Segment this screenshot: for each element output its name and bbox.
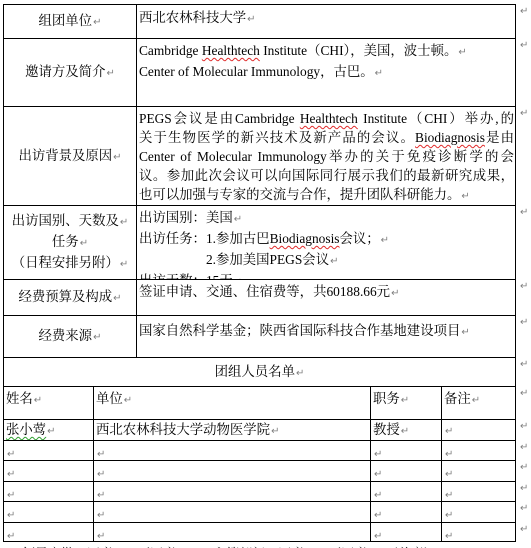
roster-cell-unit: ↵ (94, 461, 371, 481)
roster-cell-note: ↵ (442, 461, 515, 481)
roster-cell-name: ↵ (4, 502, 94, 522)
roster-cell-note: ↵ (442, 441, 515, 460)
row-end-mark-icon: ↵ (520, 40, 528, 51)
row-end-mark-icon: ↵ (520, 6, 528, 17)
row-inviter: 邀请方及简介↵ Cambridge Healthtech Institute（C… (4, 39, 515, 107)
roster-row-2: ↵ ↵ ↵ ↵ (4, 441, 515, 461)
row-end-mark-icon: ↵ (520, 207, 528, 218)
roster-cell-position: 教授↵ (371, 420, 442, 440)
row-roster-title: 团组人员名单↵ (4, 358, 515, 387)
row-end-mark-icon: ↵ (520, 442, 528, 453)
organizing-unit-value: 西北农林科技大学↵ (137, 5, 515, 38)
inviter-value: Cambridge Healthtech Institute（CHI），美国，波… (137, 39, 515, 106)
row-organizing-unit: 组团单位↵ 西北农林科技大学↵ (4, 5, 515, 39)
row-end-mark-icon: ↵ (520, 503, 528, 514)
roster-row-1: 张小莺↵ 西北农林科技大学动物医学院↵ 教授↵ ↵ (4, 420, 515, 441)
row-destination-tasks: 出访国别、天数及↵任务↵（日程安排另附）↵ 出访国别：美国↵出访任务：1.参加古… (4, 206, 515, 280)
organizing-unit-label: 组团单位↵ (4, 5, 137, 38)
row-background: 出访背景及原因↵ PEGS会议是由Cambridge Healthtech In… (4, 107, 515, 206)
row-end-mark-icon: ↵ (520, 281, 528, 292)
background-value: PEGS会议是由Cambridge Healthtech Institute（C… (137, 107, 515, 205)
roster-cell-unit: 西北农林科技大学动物医学院↵ (94, 420, 371, 440)
roster-cell-note: ↵ (442, 523, 515, 541)
roster-row-6: ↵ ↵ ↵ ↵ (4, 523, 515, 541)
delegation-form-table: 组团单位↵ 西北农林科技大学↵ 邀请方及简介↵ Cambridge Health… (3, 4, 516, 542)
roster-cell-name: ↵ (4, 523, 94, 541)
roster-cell-name: ↵ (4, 461, 94, 481)
inviter-label: 邀请方及简介↵ (4, 39, 137, 106)
roster-cell-unit: ↵ (94, 502, 371, 522)
row-end-mark-icon: ↵ (520, 108, 528, 119)
roster-cell-unit: ↵ (94, 441, 371, 460)
row-end-mark-icon: ↵ (520, 483, 528, 494)
roster-cell-position: ↵ (371, 482, 442, 501)
roster-cell-position: ↵ (371, 523, 442, 541)
roster-header-row: 姓名↵ 单位↵ 职务↵ 备注↵ (4, 387, 515, 420)
background-label: 出访背景及原因↵ (4, 107, 137, 205)
roster-cell-unit: ↵ (94, 482, 371, 501)
roster-cell-note: ↵ (442, 502, 515, 522)
row-end-mark-icon: ↵ (520, 462, 528, 473)
roster-row-5: ↵ ↵ ↵ ↵ (4, 502, 515, 523)
row-budget: 经费预算及构成↵ 签证申请、交通、住宿费等，共60188.66元↵ (4, 280, 515, 316)
roster-cell-name: 张小莺↵ (4, 420, 94, 440)
funding-source-value: 国家自然科学基金；陕西省国际科技合作基地建设项目↵ (137, 316, 515, 357)
row-end-mark-icon: ↵ (520, 421, 528, 432)
row-funding-source: 经费来源↵ 国家自然科学基金；陕西省国际科技合作基地建设项目↵ (4, 316, 515, 358)
row-end-mark-icon: ↵ (520, 388, 528, 399)
row-end-mark-icon: ↵ (520, 359, 528, 370)
roster-cell-position: ↵ (371, 441, 442, 460)
roster-cell-position: ↵ (371, 502, 442, 522)
budget-value: 签证申请、交通、住宿费等，共60188.66元↵ (137, 280, 515, 315)
row-end-mark-icon: ↵ (520, 317, 528, 328)
roster-header-position: 职务↵ (371, 387, 442, 419)
roster-row-4: ↵ ↵ ↵ ↵ (4, 482, 515, 502)
roster-cell-unit: ↵ (94, 523, 371, 541)
roster-cell-note: ↵ (442, 420, 515, 440)
roster-cell-name: ↵ (4, 441, 94, 460)
clipped-footer-text: 领导审批：同意 □ 不同意 □ 主管部门：同意 □ 不同意 □ （盖章） (8, 543, 531, 548)
funding-source-label: 经费来源↵ (4, 316, 137, 357)
roster-row-3: ↵ ↵ ↵ ↵ (4, 461, 515, 482)
roster-cell-name: ↵ (4, 482, 94, 501)
row-end-mark-icon: ↵ (520, 524, 528, 535)
roster-cell-note: ↵ (442, 482, 515, 501)
roster-title: 团组人员名单↵ (4, 358, 515, 386)
roster-header-note: 备注↵ (442, 387, 515, 419)
roster-header-unit: 单位↵ (94, 387, 371, 419)
destination-tasks-label: 出访国别、天数及↵任务↵（日程安排另附）↵ (4, 206, 137, 279)
destination-tasks-value: 出访国别：美国↵出访任务：1.参加古巴Biodiagnosis会议；↵ 2.参加… (137, 206, 515, 279)
roster-cell-position: ↵ (371, 461, 442, 481)
budget-label: 经费预算及构成↵ (4, 280, 137, 315)
roster-header-name: 姓名↵ (4, 387, 94, 419)
document-page: 组团单位↵ 西北农林科技大学↵ 邀请方及简介↵ Cambridge Health… (0, 0, 531, 548)
